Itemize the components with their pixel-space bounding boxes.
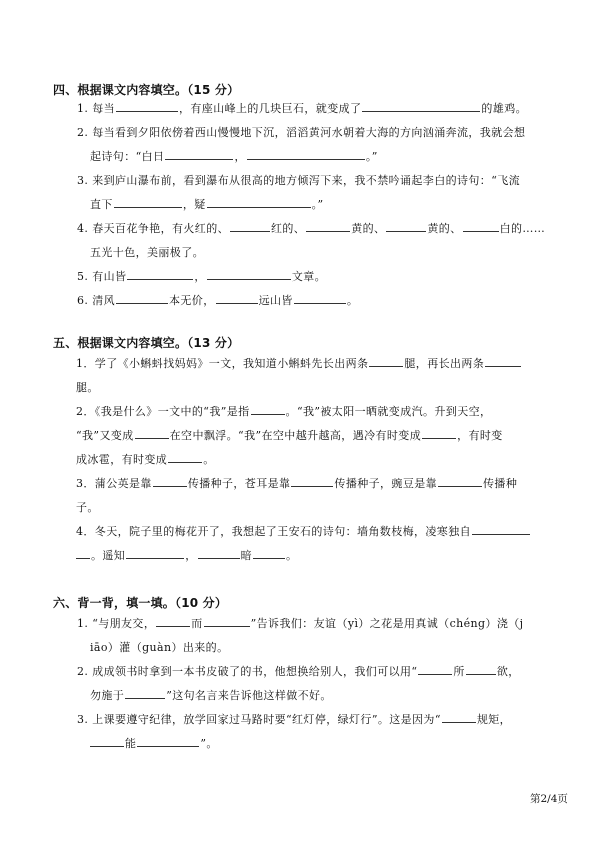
text: 3．蒲公英是靠: [76, 477, 152, 490]
s5-line-8: 4．冬天，院子里的梅花开了，我想起了王安石的诗句：墙角数枝梅，凌寒独自: [76, 523, 531, 539]
blank-field[interactable]: [386, 220, 426, 232]
blank-field[interactable]: [438, 475, 482, 487]
text: ”告诉我们：友谊（yì）之花是用真诚（chéng）浇（j: [251, 617, 524, 630]
text: 本无价，: [169, 294, 215, 307]
text: 。“我”被太阳一晒就变成汽。升到天空，: [286, 405, 492, 418]
text: 4．冬天，院子里的梅花开了，我想起了王安石的诗句：墙角数枝梅，凌寒独自: [76, 525, 471, 538]
blank-field[interactable]: [466, 663, 496, 675]
s5-line-7: 子。: [76, 499, 99, 515]
text: 规矩，: [477, 713, 511, 726]
s5-line-6: 3．蒲公英是靠传播种子，苍耳是靠传播种子，豌豆是靠传播种: [76, 475, 517, 491]
text: 黄的、: [427, 222, 461, 235]
text: ，有时变: [457, 429, 503, 442]
blank-field[interactable]: [168, 451, 202, 463]
s6-line-4: 勿施于”这句名言来告诉他这样做不好。: [90, 687, 332, 703]
s4-line-8: 5. 有山皆，文章。: [77, 268, 326, 284]
text: 而: [191, 617, 202, 630]
blank-field[interactable]: [76, 547, 90, 559]
text: ”这句名言来告诉他这样做不好。: [166, 689, 332, 702]
blank-field[interactable]: [472, 523, 530, 535]
text: ，: [234, 150, 245, 163]
s4-line-6: 4. 春天百花争艳，有火红的、红的、黄的、黄的、白的……: [77, 220, 545, 236]
blank-field[interactable]: [291, 475, 333, 487]
section-6-title: 六、背一背，填一填。（10 分）: [53, 594, 227, 611]
s6-line-3: 2. 成成领书时拿到一本书皮破了的书，他想换给别人，我们可以用“所欲，: [77, 663, 520, 679]
text: 传播种子，豌豆是靠: [334, 477, 437, 490]
blank-field[interactable]: [125, 687, 165, 699]
text: 成冰雹，有时变成: [76, 453, 167, 466]
text: ，有座山峰上的几块巨石，就变成了: [179, 102, 361, 115]
blank-field[interactable]: [207, 268, 291, 280]
text: 腿，再长出两条: [404, 357, 484, 370]
text: 文章。: [292, 270, 326, 283]
blank-field[interactable]: [204, 615, 250, 627]
text: 1. 每当: [77, 102, 115, 115]
section-4-title: 四、根据课文内容填空。（15 分）: [53, 81, 239, 98]
blank-field[interactable]: [251, 403, 285, 415]
text: 暗: [241, 549, 252, 562]
blank-field[interactable]: [369, 355, 403, 367]
text: 5. 有山皆: [77, 270, 126, 283]
section-5-title: 五、根据课文内容填空。（13 分）: [53, 334, 239, 351]
text: 子。: [76, 501, 99, 514]
text: 1. “与朋友交，: [77, 617, 155, 630]
text: ，: [194, 270, 205, 283]
text: 。: [286, 549, 297, 562]
blank-field[interactable]: [153, 475, 187, 487]
s6-line-5: 3. 上课要遵守纪律，放学回家过马路时要“红灯停，绿灯行”。这是因为“规矩，: [77, 711, 511, 727]
blank-field[interactable]: [137, 735, 199, 747]
text: 。”: [366, 150, 378, 163]
s5-line-3: 2．《我是什么》一文中的“我”是指。“我”被太阳一晒就变成汽。升到天空，: [76, 403, 491, 419]
blank-field[interactable]: [116, 292, 168, 304]
s5-line-2: 腿。: [76, 379, 99, 395]
blank-field[interactable]: [135, 427, 169, 439]
blank-field[interactable]: [418, 663, 452, 675]
text: 2．《我是什么》一文中的“我”是指: [76, 405, 250, 418]
text: 。”: [312, 198, 324, 211]
text: ”。: [200, 737, 217, 750]
text: 2. 每当看到夕阳依傍着西山慢慢地下沉，滔滔黄河水朝着大海的方向汹涌奔流，我就会…: [77, 126, 525, 139]
blank-field[interactable]: [485, 355, 521, 367]
text: 白的……: [500, 222, 546, 235]
text: 3. 来到庐山瀑布前，看到瀑布从很高的地方倾泻下来，我不禁吟诵起李白的诗句：“飞…: [77, 174, 520, 187]
s4-line-5: 直下，疑。”: [90, 196, 324, 212]
text: 所: [453, 665, 464, 678]
text: ，疑: [183, 198, 206, 211]
blank-field[interactable]: [463, 220, 499, 232]
blank-field[interactable]: [216, 292, 258, 304]
s4-line-4: 3. 来到庐山瀑布前，看到瀑布从很高的地方倾泻下来，我不禁吟诵起李白的诗句：“飞…: [77, 172, 520, 188]
text: 1．学了《小蝌蚪找妈妈》一文，我知道小蝌蚪先长出两条: [76, 357, 368, 370]
blank-field[interactable]: [156, 615, 190, 627]
text: 。: [203, 453, 214, 466]
s6-line-2: iāo）灌（guàn）出来的。: [90, 639, 228, 655]
blank-field[interactable]: [442, 711, 476, 723]
text: 勿施于: [90, 689, 124, 702]
blank-field[interactable]: [422, 427, 456, 439]
page-number: 第2/4页: [530, 791, 568, 806]
text: 能: [125, 737, 136, 750]
text: 欲，: [497, 665, 520, 678]
s4-line-2: 2. 每当看到夕阳依傍着西山慢慢地下沉，滔滔黄河水朝着大海的方向汹涌奔流，我就会…: [77, 124, 525, 140]
text: 黄的、: [351, 222, 385, 235]
text: 红的、: [271, 222, 305, 235]
blank-field[interactable]: [362, 100, 480, 112]
text: 的雄鸡。: [481, 102, 527, 115]
blank-field[interactable]: [90, 735, 124, 747]
text: 腿。: [76, 381, 99, 394]
text: 传播种: [483, 477, 517, 490]
document-page: 四、根据课文内容填空。（15 分） 1. 每当，有座山峰上的几块巨石，就变成了的…: [0, 0, 595, 841]
s5-line-9: 。遥知，暗。: [76, 547, 297, 563]
blank-field[interactable]: [207, 196, 311, 208]
s4-line-3: 起诗句：“白日，。”: [90, 148, 378, 164]
blank-field[interactable]: [230, 220, 270, 232]
text: 传播种子，苍耳是靠: [188, 477, 291, 490]
blank-field[interactable]: [165, 148, 233, 160]
text: 3. 上课要遵守纪律，放学回家过马路时要“红灯停，绿灯行”。这是因为“: [77, 713, 441, 726]
blank-field[interactable]: [116, 100, 178, 112]
s4-line-7: 五光十色，美丽极了。: [90, 244, 204, 260]
s4-line-1: 1. 每当，有座山峰上的几块巨石，就变成了的雄鸡。: [77, 100, 527, 116]
blank-field[interactable]: [253, 547, 285, 559]
blank-field[interactable]: [127, 268, 193, 280]
s5-line-4: “我”又变成在空中飘浮。“我”在空中越升越高，遇冷有时变成，有时变: [76, 427, 503, 443]
text: “我”又变成: [76, 429, 134, 442]
text: 在空中飘浮。“我”在空中越升越高，遇冷有时变成: [170, 429, 421, 442]
text: 4. 春天百花争艳，有火红的、: [77, 222, 229, 235]
text: 直下: [90, 198, 113, 211]
blank-field[interactable]: [198, 547, 240, 559]
blank-field[interactable]: [306, 220, 350, 232]
blank-field[interactable]: [126, 547, 184, 559]
blank-field[interactable]: [247, 148, 365, 160]
text: 。遥知: [91, 549, 125, 562]
s5-line-1: 1．学了《小蝌蚪找妈妈》一文，我知道小蝌蚪先长出两条腿，再长出两条: [76, 355, 522, 371]
text: 2. 成成领书时拿到一本书皮破了的书，他想换给别人，我们可以用“: [77, 665, 417, 678]
text: 6. 清风: [77, 294, 115, 307]
text: iāo）灌（guàn）出来的。: [90, 641, 228, 654]
s6-line-6: 能”。: [90, 735, 218, 751]
blank-field[interactable]: [114, 196, 182, 208]
s4-line-9: 6. 清风本无价，远山皆。: [77, 292, 358, 308]
text: 远山皆: [259, 294, 293, 307]
text: 起诗句：“白日: [90, 150, 164, 163]
text: ，: [185, 549, 196, 562]
text: 。: [347, 294, 358, 307]
blank-field[interactable]: [294, 292, 346, 304]
s6-line-1: 1. “与朋友交，而”告诉我们：友谊（yì）之花是用真诚（chéng）浇（j: [77, 615, 523, 631]
s5-line-5: 成冰雹，有时变成。: [76, 451, 215, 467]
text: 五光十色，美丽极了。: [90, 246, 204, 259]
